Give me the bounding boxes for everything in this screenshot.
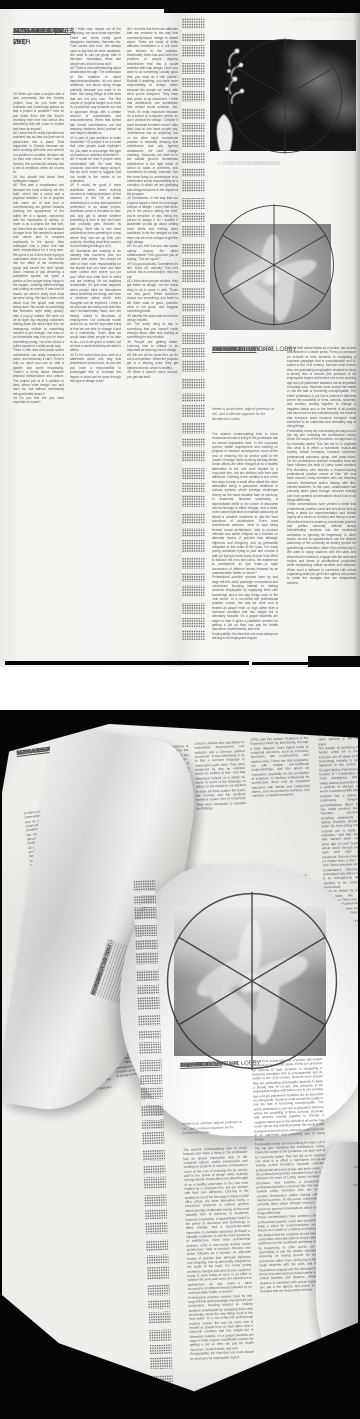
showthrough-corner-text: CONVERSATION WITH	[276, 17, 356, 23]
top-black-bar-right	[164, 0, 360, 13]
showthrough-line: NOVEMBER 14, 2017	[223, 160, 280, 169]
curl-fragment: )	[328, 1200, 358, 1205]
heading-line: THE ARCHITECTURE LOBBY	[180, 1059, 261, 1070]
zine-photo-page: CONVERSATION WITH CONVERSATION WITH AMIC…	[0, 0, 360, 1419]
top-spread: CONVERSATION WITH CONVERSATION WITH AMIC…	[0, 0, 360, 667]
article-byline: Keefer is an architect, adjunct professo…	[212, 407, 278, 421]
interview-column-1: JH When you start a project with a new c…	[13, 92, 64, 584]
circle-spokes-overlay-icon	[212, 203, 336, 327]
curl-fragment: nal	[328, 1182, 358, 1187]
next-page-column-c: 1970s with five essays 'Sculpture in the…	[250, 736, 313, 870]
vertical-dotted-caption	[182, 18, 205, 640]
bottom-spread: CONVERSATION WITH AMICA DALL (AD) & JOE …	[0, 710, 360, 1419]
title-line: NOVEMBER 3, 2017	[13, 27, 75, 48]
paper-sheet: CONVERSATION WITH AMICA DALL (AD) & JOE …	[2, 724, 358, 1412]
interview-column-3: AD I do think that there are attitudes t…	[127, 27, 178, 607]
curled-page-edge: on nal )	[316, 1142, 360, 1357]
curl-fragment: on	[328, 1164, 358, 1169]
bottom-black-corner	[308, 656, 360, 667]
page-gap	[0, 667, 360, 710]
circle-spokes-overlay-icon	[164, 890, 340, 1072]
article-column-a: The student contemplating how to move fo…	[183, 1146, 255, 1380]
heading-line: THE ARCHITECTURE LOBBY	[212, 346, 297, 355]
article-column-b: less of their actual status as a worker,…	[287, 346, 356, 646]
article-column-a: The student contemplating how to move fo…	[212, 432, 278, 646]
top-black-bar-left	[0, 0, 164, 9]
article-byline: Keefer is an architect, adjunct professo…	[182, 1120, 246, 1136]
circle-spokes-overlay-icon	[226, 37, 344, 155]
interview-column-2: JH I think now, maybe not at the beginni…	[70, 27, 121, 629]
bottom-black-bar	[5, 661, 249, 665]
